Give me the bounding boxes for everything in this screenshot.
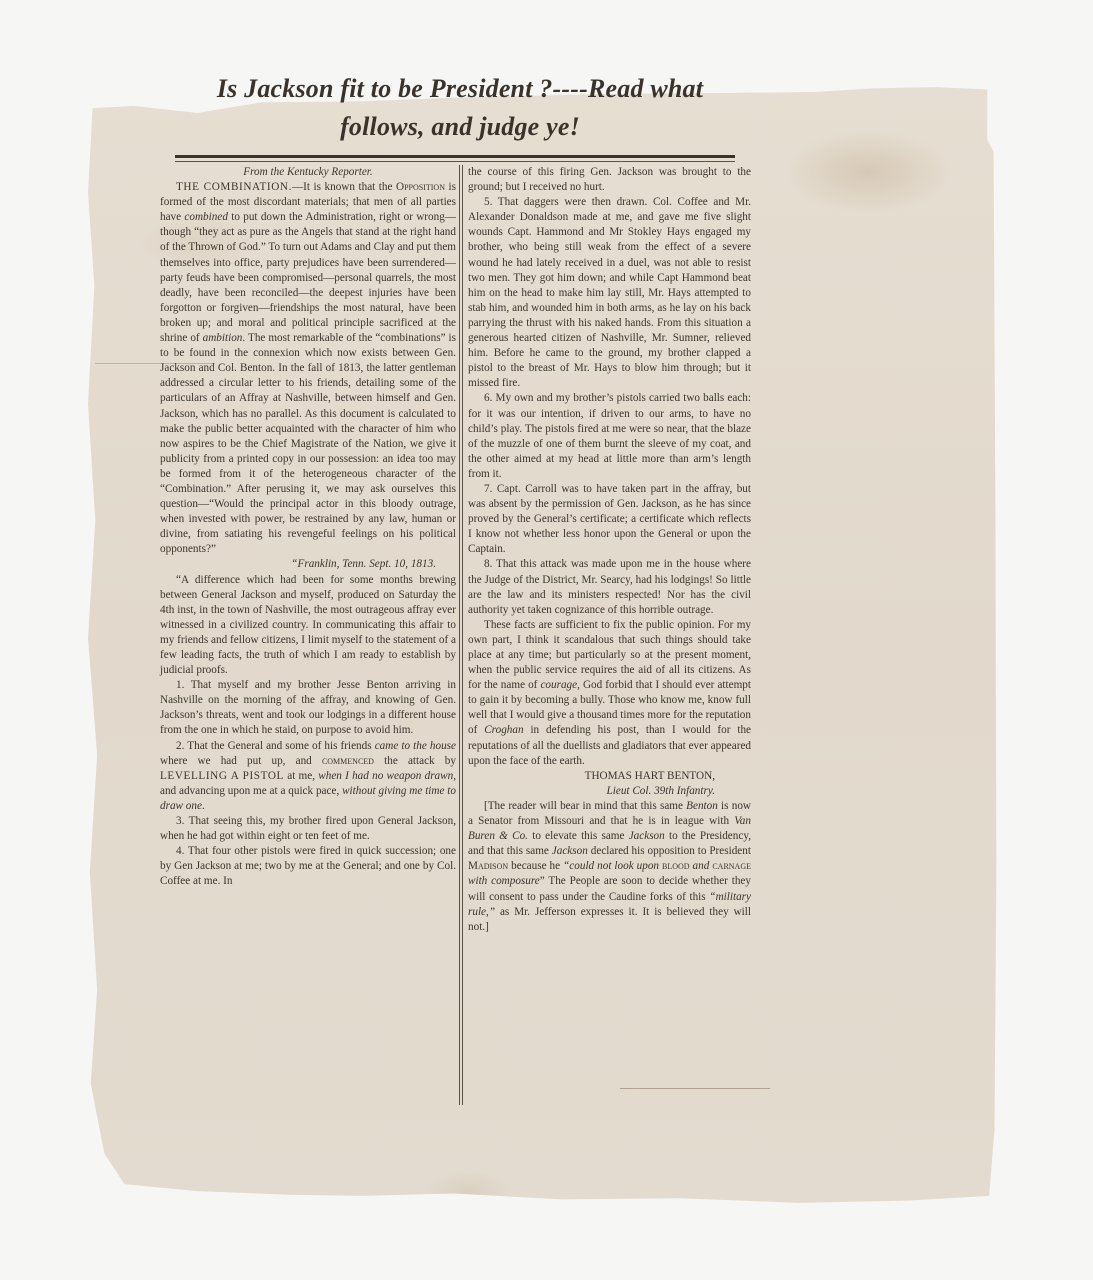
signature-name: THOMAS HART BENTON, — [468, 769, 751, 784]
page-title: Is Jackson fit to be President ?----Read… — [180, 70, 740, 146]
fact-2: 2. That the General and some of his frie… — [160, 739, 456, 814]
fact-1: 1. That myself and my brother Jesse Bent… — [160, 678, 456, 738]
fact-7: 7. Capt. Carroll was to have taken part … — [468, 482, 751, 557]
fact-6: 6. My own and my brother’s pistols carri… — [468, 391, 751, 482]
paper-tear-line — [620, 1088, 770, 1089]
title-rule-thick — [175, 155, 735, 158]
intro-paragraph: THE COMBINATION.—It is known that the Op… — [160, 180, 456, 557]
fact-8: 8. That this attack was made upon me in … — [468, 557, 751, 617]
section-heading: THE COMBINATION. — [176, 181, 292, 193]
column-divider — [459, 165, 463, 1105]
left-column: From the Kentucky Reporter. THE COMBINAT… — [160, 165, 456, 890]
letter-intro-paragraph: “A difference which had been for some mo… — [160, 573, 456, 679]
fact-3: 3. That seeing this, my brother fired up… — [160, 814, 456, 844]
fact-4-continuation: the course of this firing Gen. Jackson w… — [468, 165, 751, 195]
editor-note: [The reader will bear in mind that this … — [468, 799, 751, 935]
title-rule-thin — [175, 161, 735, 162]
letter-dateline: “Franklin, Tenn. Sept. 10, 1813. — [160, 557, 456, 572]
fact-5: 5. That daggers were then drawn. Col. Co… — [468, 195, 751, 391]
conclusion-paragraph: These facts are sufficient to fix the pu… — [468, 618, 751, 769]
right-column: the course of this firing Gen. Jackson w… — [468, 165, 751, 935]
fact-4: 4. That four other pistols were fired in… — [160, 844, 456, 889]
signature-rank: Lieut Col. 39th Infantry. — [468, 784, 751, 799]
source-credit: From the Kentucky Reporter. — [160, 165, 456, 180]
